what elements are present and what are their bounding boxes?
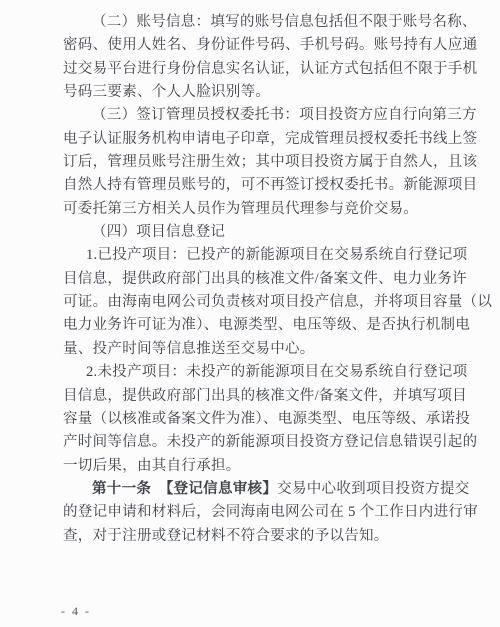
page-number: - 4 -: [61, 604, 91, 619]
article-body-text: 交易中心收到项目投资方提交: [277, 481, 469, 497]
text-line: 可委托第三方相关人员作为管理员代理参与竞价交易。: [63, 198, 461, 221]
article-heading: 第十一条 【登记信息审核】: [92, 481, 277, 497]
paragraph-account-info: （二）账号信息：填写的账号信息包括但不限于账号名称、 密码、使用人姓名、身份证件…: [63, 11, 461, 104]
text-line: 自然人持有管理员账号的，可不再签订授权委托书。新能源项目: [63, 174, 461, 197]
text-line: 容量（以核准或备案文件为准）、电源类型、电压等级、承诺投: [63, 408, 461, 431]
document-page: （二）账号信息：填写的账号信息包括但不限于账号名称、 密码、使用人姓名、身份证件…: [0, 0, 500, 627]
text-line: 目信息，提供政府部门出具的核准文件/备案文件、电力业务许: [63, 268, 461, 291]
text-line: 电子认证服务机构申请电子印章，完成管理员授权委托书线上签: [63, 128, 461, 151]
paragraph-uncommissioned-projects: 2.未投产项目：未投产的新能源项目在交易系统自行登记项 目信息，提供政府部门出具…: [63, 361, 461, 478]
text-line: 第十一条 【登记信息审核】交易中心收到项目投资方提交: [63, 478, 461, 501]
text-line: 的登记申请和材料后，会同海南电网公司在 5 个工作日内进行审: [63, 501, 461, 524]
paragraph-article-11-registration-review: 第十一条 【登记信息审核】交易中心收到项目投资方提交 的登记申请和材料后，会同海…: [63, 478, 461, 548]
text-line: 2.未投产项目：未投产的新能源项目在交易系统自行登记项: [63, 361, 461, 384]
text-line: 号码三要素、个人人脸识别等。: [63, 81, 461, 104]
text-line: 量、投产时间等信息推送至交易中心。: [63, 338, 461, 361]
text-line: （四）项目信息登记: [63, 221, 461, 244]
text-line: （二）账号信息：填写的账号信息包括但不限于账号名称、: [63, 11, 461, 34]
text-line: 查，对于注册或登记材料不符合要求的予以告知。: [63, 525, 461, 548]
paragraph-commissioned-projects: 1.已投产项目：已投产的新能源项目在交易系统自行登记项 目信息，提供政府部门出具…: [63, 244, 461, 361]
text-line: 1.已投产项目：已投产的新能源项目在交易系统自行登记项: [63, 244, 461, 267]
text-line: 过交易平台进行身份信息实名认证，认证方式包括但不限于手机: [63, 58, 461, 81]
document-body: （二）账号信息：填写的账号信息包括但不限于账号名称、 密码、使用人姓名、身份证件…: [63, 11, 461, 548]
text-line: 一切后果，由其自行承担。: [63, 455, 461, 478]
paragraph-project-info-registration: （四）项目信息登记: [63, 221, 461, 244]
text-line: 可证。由海南电网公司负责核对项目投产信息，并将项目容量（以: [63, 291, 461, 314]
text-line: （三）签订管理员授权委托书：项目投资方应自行向第三方: [63, 104, 461, 127]
paragraph-admin-authorization: （三）签订管理员授权委托书：项目投资方应自行向第三方 电子认证服务机构申请电子印…: [63, 104, 461, 221]
text-line: 目信息，提供政府部门出具的核准文件/备案文件，并填写项目: [63, 385, 461, 408]
text-line: 产时间等信息。未投产的新能源项目投资方登记信息错误引起的: [63, 431, 461, 454]
text-line: 订后，管理员账号注册生效；其中项目投资方属于自然人，且该: [63, 151, 461, 174]
text-line: 电力业务许可证为准）、电源类型、电压等级、是否执行机制电: [63, 314, 461, 337]
text-line: 密码、使用人姓名、身份证件号码、手机号码。账号持有人应通: [63, 34, 461, 57]
